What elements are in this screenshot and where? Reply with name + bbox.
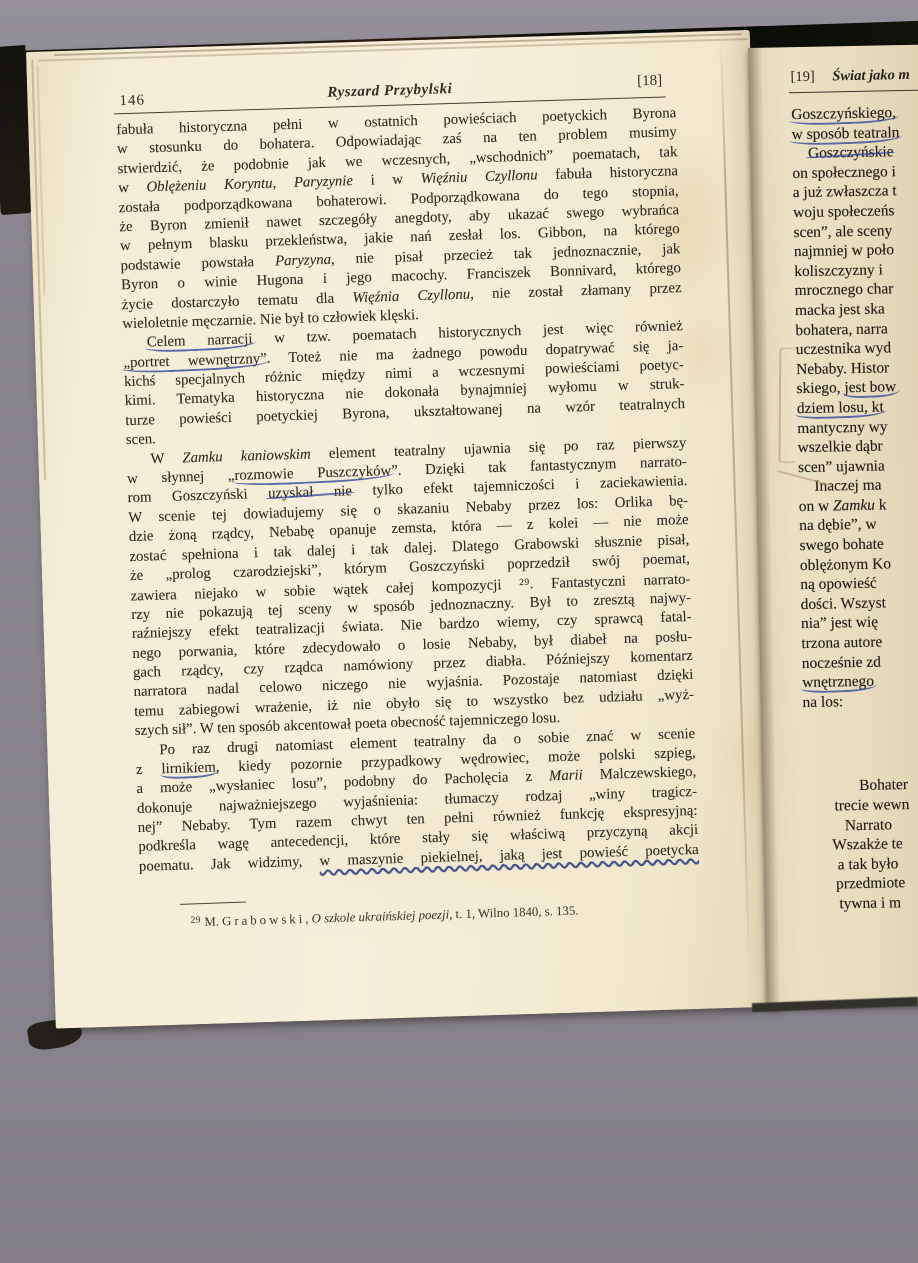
text-segment: Inaczej ma xyxy=(814,477,881,495)
pen-mark: Goszczyńskie xyxy=(808,143,894,162)
text-segment: rom Goszczyński xyxy=(127,486,268,506)
text-segment: mantyczny wy xyxy=(797,418,887,437)
text-line: macka jest ska xyxy=(795,297,918,321)
pen-mark: 29 xyxy=(190,916,201,926)
footnote-rule xyxy=(180,902,246,905)
running-head: Ryszard Przybylski xyxy=(117,75,662,109)
text-line: Wszakże te xyxy=(805,832,918,856)
text-line: a tak było xyxy=(806,852,918,876)
text-segment: Wszakże te xyxy=(832,835,903,853)
text-segment: on w xyxy=(799,497,834,515)
text-line: bohatera, narra xyxy=(795,316,918,340)
text-line: nia” jest wię xyxy=(801,610,918,634)
text-line: przedmiote xyxy=(806,871,918,895)
text-line: trecie wewn xyxy=(804,793,918,817)
text-line: oblężonym Ko xyxy=(800,552,918,576)
text-segment: na dębie”, w xyxy=(799,516,877,534)
text-line: najmniej w poło xyxy=(794,238,918,262)
page-ref: [19] xyxy=(790,69,814,85)
text-line: uczestnika wyd xyxy=(796,336,918,360)
text-line: skiego, jest bow xyxy=(796,375,918,399)
text-segment: podstawie powstała xyxy=(120,253,275,274)
text-segment: skiego, xyxy=(796,380,844,398)
text-line: trzona autore xyxy=(801,630,918,654)
text-segment: najmniej w poło xyxy=(794,241,894,260)
text-line: Narrato xyxy=(805,812,918,836)
text-segment: Zamku kaniowskim xyxy=(182,446,311,466)
pen-mark: lirnikiem xyxy=(161,759,216,777)
body-text: fabuła historyczna pełni w ostatnich pow… xyxy=(116,104,699,877)
text-segment: fabuła historyczna xyxy=(537,163,678,183)
pen-mark: jest bow xyxy=(844,379,896,397)
text-segment: scen”, ale sceny xyxy=(793,222,892,241)
text-segment: mrocznego char xyxy=(795,281,894,300)
text-line: swego bohate xyxy=(799,532,918,556)
text-segment: z xyxy=(136,761,162,778)
text-line: Goszczyńskiego, xyxy=(791,101,918,125)
running-head: Świat jako m xyxy=(832,67,910,84)
text-segment: tywna i m xyxy=(839,894,901,912)
text-segment: scen. xyxy=(126,431,156,448)
text-segment: oblężonym Ko xyxy=(800,555,891,574)
text-segment: w słynnej „ xyxy=(127,468,235,487)
text-segment: Więźnia Czyllonu, xyxy=(352,286,474,306)
text-line: scen” ujawnia xyxy=(798,454,918,478)
pen-mark: Celem narracji xyxy=(147,332,253,351)
text-segment: M. xyxy=(201,914,222,929)
text-segment: Więźniu Czyllonu xyxy=(420,168,538,188)
pen-mark: Grabowski xyxy=(222,912,306,929)
text-line: woju społeczeńs xyxy=(793,199,918,223)
text-segment: Nebaby. Histor xyxy=(796,359,889,378)
text-segment: macka jest ska xyxy=(795,300,885,319)
text-line: a już zwłaszcza t xyxy=(793,179,918,203)
text-segment: scen” ujawnia xyxy=(798,457,885,476)
text-segment: Bohater xyxy=(859,776,908,794)
pencil-margin-bracket xyxy=(778,347,796,463)
text-segment: Paryzyna, xyxy=(275,251,335,269)
text-segment: dości. Wszyst xyxy=(801,594,887,613)
scanned-book-photo: 146 Ryszard Przybylski [18] fabuła histo… xyxy=(0,0,918,1263)
text-line: wszelkie dąbr xyxy=(798,434,918,458)
pen-mark: dziem losu, kt xyxy=(797,398,884,417)
text-line: on społecznego i xyxy=(792,160,918,184)
text-segment: wszelkie dąbr xyxy=(798,438,883,457)
text-line: mrocznego char xyxy=(794,277,918,301)
pen-mark: 29 xyxy=(519,578,530,588)
text-segment: Narrato xyxy=(845,816,892,834)
text-segment: k xyxy=(875,496,887,513)
text-segment: trecie wewn xyxy=(834,796,909,814)
text-segment: trzona autore xyxy=(801,634,882,653)
text-line: Inaczej ma xyxy=(798,473,918,497)
page-fold-crease xyxy=(720,39,749,951)
text-line: tywna i m xyxy=(806,891,918,915)
text-segment: W xyxy=(150,450,182,467)
text-segment: Zamku xyxy=(833,497,875,515)
text-segment: woju społeczeńs xyxy=(793,202,895,221)
text-segment: a tak było xyxy=(838,855,899,873)
right-page: [19] Świat jako m Goszczyńskiego,w sposó… xyxy=(748,44,918,1007)
pen-mark: w sposób teatraln xyxy=(792,124,900,143)
text-segment: on społecznego i xyxy=(792,163,896,182)
text-line: nocześnie zd xyxy=(802,649,918,673)
pen-mark: uzyskał nie xyxy=(268,484,352,503)
text-segment: nia” jest wię xyxy=(801,614,878,632)
text-segment: przedmiote xyxy=(836,875,906,893)
text-segment: O szkole ukraińskiej poezji xyxy=(311,907,449,925)
text-line: scen”, ale sceny xyxy=(793,219,918,243)
text-segment: Malczewskiego, xyxy=(583,764,697,783)
text-segment: Marii xyxy=(549,768,583,785)
text-segment: poematu. Jak widzimy, xyxy=(139,853,320,875)
text-segment: swego bohate xyxy=(799,536,884,555)
text-line: na dębie”, w xyxy=(799,512,918,536)
text-segment: , t. 1, Wilno 1840, s. 135. xyxy=(449,904,579,922)
body-text: Goszczyńskiego,w sposób teatralnGoszczyń… xyxy=(791,101,918,915)
text-segment: koliszczyzny i xyxy=(794,261,883,280)
page-header: [19] Świat jako m xyxy=(790,65,918,86)
header-rule xyxy=(789,89,918,93)
text-line: dziem losu, kt xyxy=(797,395,918,419)
text-segment: bohatera, narra xyxy=(795,320,888,339)
text-segment: uczestnika wyd xyxy=(796,339,892,358)
text-segment: w xyxy=(118,180,147,197)
left-page: 146 Ryszard Przybylski [18] fabuła histo… xyxy=(26,30,779,1029)
text-segment: i w xyxy=(353,171,421,189)
pen-mark: rozmowie Puszczyków xyxy=(234,463,391,484)
text-line: wnętrznego xyxy=(802,669,918,693)
text-segment: a już zwłaszcza t xyxy=(793,183,897,202)
pen-mark: Goszczyńskiego, xyxy=(791,104,896,123)
pen-mark: „portret wewnętrzny” xyxy=(123,350,267,370)
page-ref: [18] xyxy=(637,73,663,91)
text-line: koliszczyzny i xyxy=(794,258,918,282)
text-line: Bohater xyxy=(804,773,918,797)
text-line: Nebaby. Histor xyxy=(796,356,918,380)
page-stack-edge-line xyxy=(54,33,742,56)
text-line: on w Zamku k xyxy=(799,493,918,517)
pen-mark: wnętrznego xyxy=(802,673,874,691)
footnote: 29 M. Grabowski, O szkole ukraińskiej po… xyxy=(140,899,714,932)
text-line: dości. Wszyst xyxy=(801,591,918,615)
text-segment: na los: xyxy=(802,693,843,711)
text-line: ną opowieść xyxy=(800,571,918,595)
page-stack-edge-line xyxy=(38,38,748,61)
text-segment: ną opowieść xyxy=(800,575,877,593)
text-segment: nocześnie zd xyxy=(802,653,881,672)
